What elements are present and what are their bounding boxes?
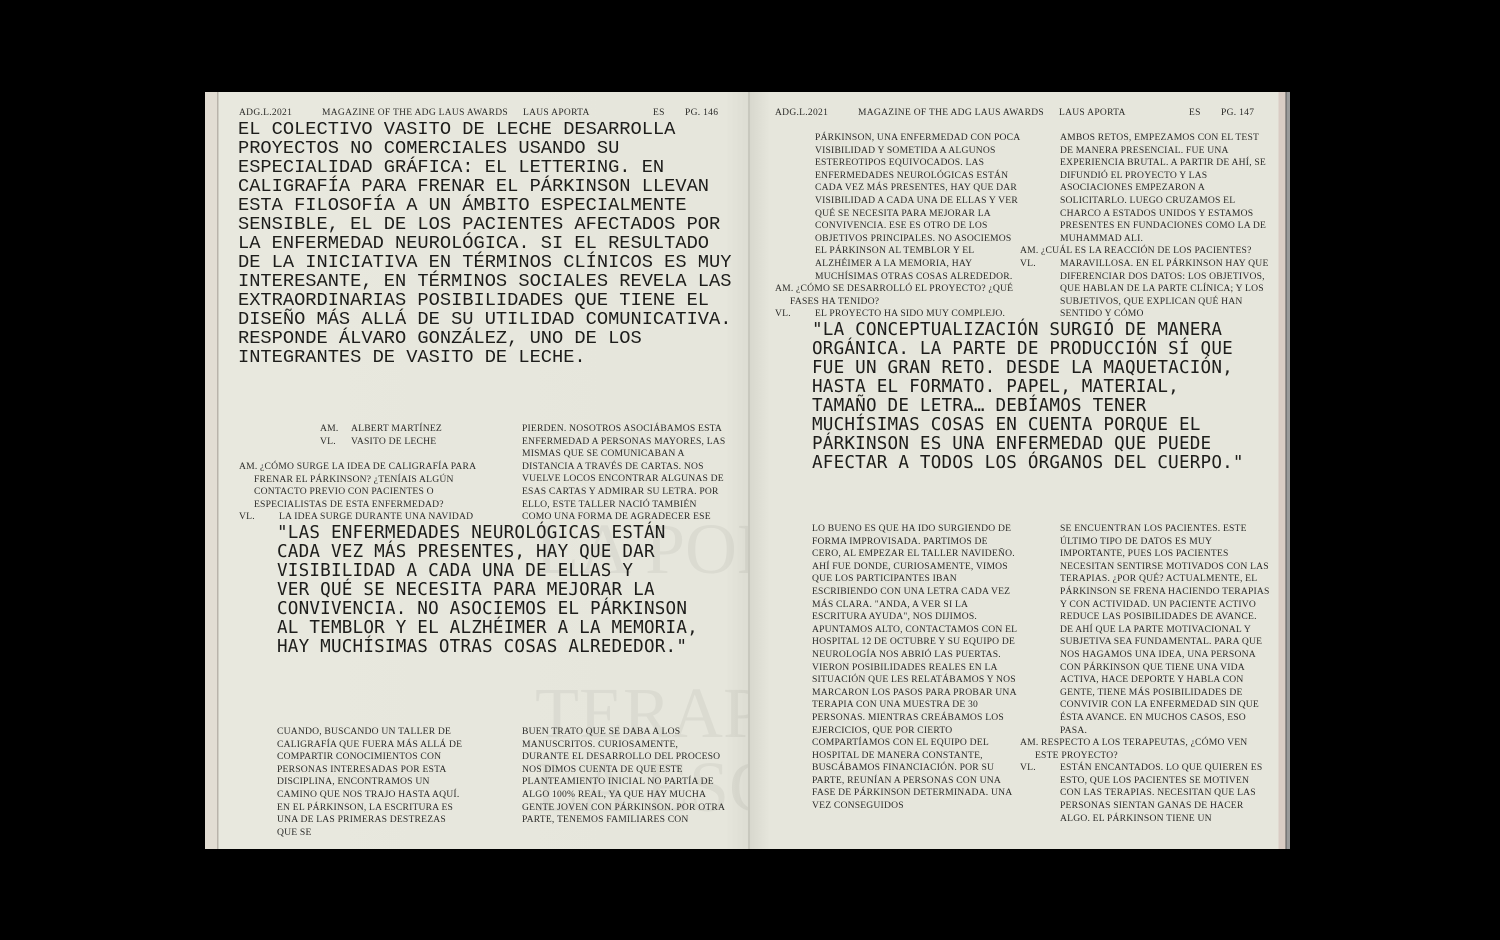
answer-3-text: MARAVILLOSA. EN EL PÁRKINSON HAY QUE DIF… (1060, 258, 1269, 319)
credit-value: VASITO DE LECHE (351, 436, 436, 449)
credit-row: VL.VASITO DE LECHE (320, 436, 490, 449)
answer-4-text: ESTÁN ENCANTADOS. LO QUE QUIEREN ES ESTO… (1060, 762, 1262, 823)
col1-text: PÁRKINSON, UNA ENFERMEDAD CON POCA VISIB… (775, 132, 1020, 283)
right-column-1-top: PÁRKINSON, UNA ENFERMEDAD CON POCA VISIB… (775, 132, 1020, 321)
speaker-tag: VL. (239, 511, 255, 524)
pull-quote-right: "LA CONCEPTUALIZACIÓN SURGIÓ DE MANERA O… (812, 321, 1282, 473)
magazine-spread: LA POESÍA TERAPÉUTICO DE LA ESCRITURA AD… (205, 92, 1295, 849)
left-column-2-top: PIERDEN. NOSOTROS ASOCIÁBAMOS ESTA ENFER… (522, 423, 727, 524)
header-language: ES (653, 108, 665, 118)
right-column-2-bottom: SE ENCUENTRAN LOS PACIENTES. ESTE ÚLTIMO… (1020, 523, 1270, 825)
header-section: LAUS APORTA (523, 108, 590, 118)
header-language: ES (1189, 108, 1201, 118)
col2-text: AMBOS RETOS, EMPEZAMOS CON EL TEST DE MA… (1020, 132, 1270, 245)
credit-key: VL. (320, 436, 351, 449)
header-issue: ADG.L.2021 (239, 108, 292, 118)
article-intro: EL COLECTIVO VASITO DE LECHE DESARROLLA … (238, 120, 738, 367)
header-page-number: PG. 147 (1221, 108, 1254, 118)
header-magazine: MAGAZINE OF THE ADG LAUS AWARDS (322, 108, 508, 118)
answer-4: VL. ESTÁN ENCANTADOS. LO QUE QUIEREN ES … (1020, 762, 1270, 825)
speaker-tag: VL. (1020, 258, 1036, 271)
credit-row: AM.ALBERT MARTÍNEZ (320, 423, 490, 436)
credit-key: AM. (320, 423, 351, 436)
left-column-1-bottom: CUANDO, BUSCANDO UN TALLER DE CALIGRAFÍA… (277, 726, 467, 839)
header-section: LAUS APORTA (1059, 108, 1126, 118)
answer-2-text: EL PROYECTO HA SIDO MUY COMPLEJO. (815, 308, 1005, 319)
question-2: AM. ¿CÓMO SE DESARROLLÓ EL PROYECTO? ¿QU… (775, 283, 1020, 308)
answer-1-text: LA IDEA SURGE DURANTE UNA NAVIDAD (279, 511, 473, 522)
left-column-2-bottom: BUEN TRATO QUE SE DABA A LOS MANUSCRITOS… (522, 726, 727, 827)
col2-bottom-text: SE ENCUENTRAN LOS PACIENTES. ESTE ÚLTIMO… (1020, 523, 1270, 737)
speaker-tag: VL. (1020, 762, 1036, 775)
right-column-2-top: AMBOS RETOS, EMPEZAMOS CON EL TEST DE MA… (1020, 132, 1270, 321)
question-3: AM. ¿CUÁL ES LA REACCIÓN DE LOS PACIENTE… (1020, 245, 1270, 258)
header-page-number: PG. 146 (685, 108, 718, 118)
speaker-tag: VL. (775, 308, 791, 321)
credit-value: ALBERT MARTÍNEZ (351, 423, 442, 436)
header-magazine: MAGAZINE OF THE ADG LAUS AWARDS (858, 108, 1044, 118)
left-column-1-top: AM. ¿CÓMO SURGE LA IDEA DE CALIGRAFÍA PA… (239, 461, 479, 524)
right-column-1-bottom: LO BUENO ES QUE HA IDO SURGIENDO DE FORM… (812, 523, 1017, 813)
interview-credits: AM.ALBERT MARTÍNEZ VL.VASITO DE LECHE (320, 423, 490, 448)
header-issue: ADG.L.2021 (775, 108, 828, 118)
answer-3: VL. MARAVILLOSA. EN EL PÁRKINSON HAY QUE… (1020, 258, 1270, 321)
page-146: LA POESÍA TERAPÉUTICO DE LA ESCRITURA AD… (205, 92, 750, 849)
pull-quote-left: "LAS ENFERMEDADES NEUROLÓGICAS ESTÁN CAD… (277, 524, 747, 657)
page-147: ADG.L.2021 MAGAZINE OF THE ADG LAUS AWAR… (750, 92, 1290, 849)
question-4: AM. RESPECTO A LOS TERAPEUTAS, ¿CÓMO VEN… (1020, 737, 1270, 762)
question-1: AM. ¿CÓMO SURGE LA IDEA DE CALIGRAFÍA PA… (239, 461, 479, 511)
